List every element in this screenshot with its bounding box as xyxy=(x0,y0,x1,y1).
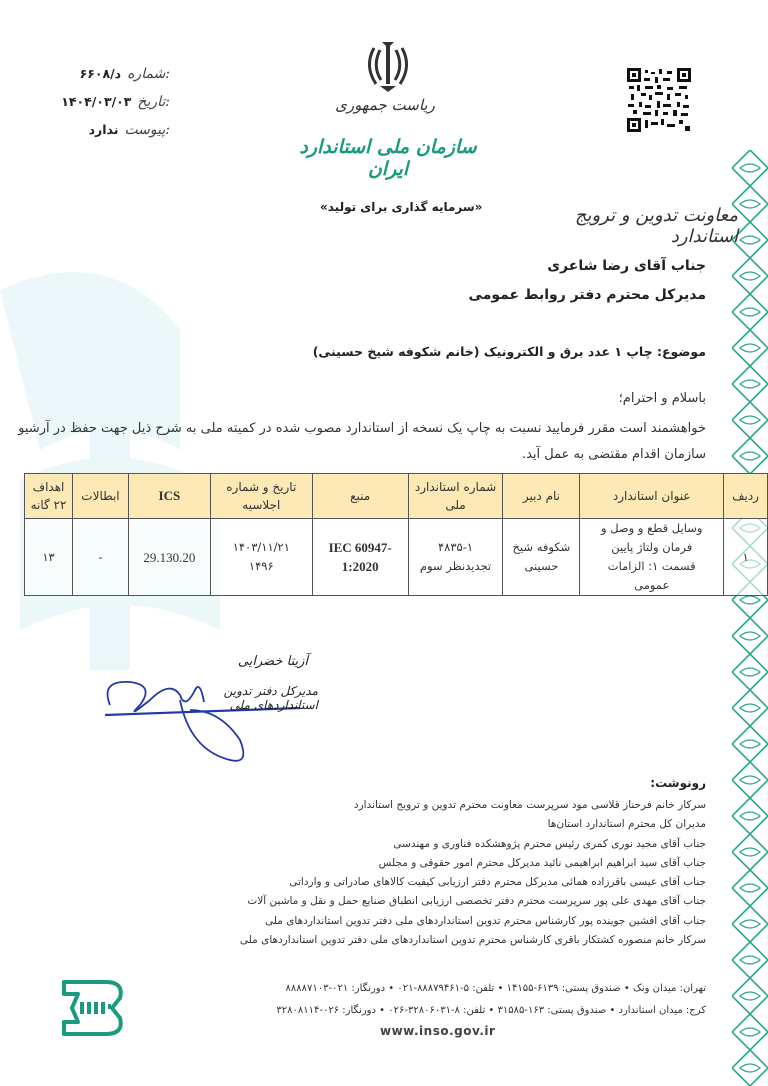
header-goals: اهداف ۲۲ گانه xyxy=(25,474,73,519)
address-tehran: تهران: میدان ونک • صندوق پستی: ۶۱۳۹-۱۴۱۵… xyxy=(226,978,706,1000)
cell-title: وسایل قطع و وصل و فرمان ولتاژ پایین قسمت… xyxy=(580,519,724,596)
header-row-no: ردیف xyxy=(724,474,768,519)
attachment-value: ندارد xyxy=(89,122,119,137)
cell-national-no: ۴۸۳۵-۱ تجدیدنظر سوم xyxy=(408,519,503,596)
deputy-title: معاونت تدوین و ترویج استاندارد xyxy=(520,205,738,247)
signature-scribble xyxy=(100,660,300,770)
cell-ics: 29.130.20 xyxy=(128,519,210,596)
cell-goals: ۱۳ xyxy=(25,519,73,596)
header-national-no: شماره استاندارد ملی xyxy=(408,474,503,519)
letter-attachment-row: پیوست: ندارد xyxy=(60,122,170,150)
greeting: باسلام و احترام؛ xyxy=(106,391,706,406)
cc-item: سرکار خانم منصوره کشتکار باقری کارشناس م… xyxy=(186,931,706,950)
date-label: تاریخ: xyxy=(137,94,170,110)
address-karaj: کرج: میدان استاندارد • صندوق پستی: ۱۶۳-۳… xyxy=(226,1000,706,1022)
attachment-label: پیوست: xyxy=(124,122,170,138)
letter-number-row: شماره: د/۶۶۰۸ xyxy=(60,66,170,94)
cell-secretary: شکوفه شیخ حسینی xyxy=(503,519,580,596)
footer-address: تهران: میدان ونک • صندوق پستی: ۶۱۳۹-۱۴۱۵… xyxy=(226,978,706,1022)
qr-code xyxy=(627,68,691,132)
number-value: د/۶۶۰۸ xyxy=(80,66,122,81)
subject-line: موضوع: چاپ ۱ عدد برق و الکترونیک (خانم ش… xyxy=(146,344,706,359)
presidency-text: ریاست جمهوری xyxy=(320,96,450,114)
organization-name: سازمان ملی استاندارد ایران xyxy=(278,136,498,180)
cc-item: جناب آقای مجید نوری کمری رئیس محترم پژوه… xyxy=(186,835,706,854)
cell-cancellations: - xyxy=(73,519,129,596)
letter-date-row: تاریخ: ۱۴۰۴/۰۳/۰۳ xyxy=(60,94,170,122)
cc-item: جناب آقای عیسی باقرزاده همائی مدیرکل محت… xyxy=(186,873,706,892)
header-source: منبع xyxy=(312,474,408,519)
iran-emblem-icon xyxy=(360,38,416,94)
letter-meta: شماره: د/۶۶۰۸ تاریخ: ۱۴۰۴/۰۳/۰۳ پیوست: ن… xyxy=(60,66,170,150)
inso-logo-icon xyxy=(58,978,128,1038)
header-session: تاریخ و شماره اجلاسیه xyxy=(210,474,312,519)
cc-item: جناب آقای افشین جوینده پور کارشناس محترم… xyxy=(186,912,706,931)
header-ics: ICS xyxy=(128,474,210,519)
cc-title: رونوشت: xyxy=(506,776,706,790)
decorative-border-pattern xyxy=(732,150,768,1086)
header-secretary: نام دبیر xyxy=(503,474,580,519)
cell-source: IEC 60947-1:2020 xyxy=(312,519,408,596)
number-label: شماره: xyxy=(127,66,170,82)
cc-item: جناب آقای سید ابراهیم ابراهیمی نائید مدی… xyxy=(186,854,706,873)
slogan: «سرمایه گذاری برای تولید» xyxy=(320,200,510,214)
cell-session: ۱۴۰۳/۱۱/۲۱ ۱۴۹۶ xyxy=(210,519,312,596)
signatory-name: آزیتا خضرایی xyxy=(218,654,308,669)
header-title: عنوان استاندارد xyxy=(580,474,724,519)
table-header-row: ردیف عنوان استاندارد نام دبیر شماره استا… xyxy=(25,474,768,519)
cc-item: جناب آقای مهدی علی پور سرپرست محترم دفتر… xyxy=(186,892,706,911)
cc-item: سرکار خانم فرحناز قلاسی مود سرپرست معاون… xyxy=(186,796,706,815)
date-value: ۱۴۰۴/۰۳/۰۳ xyxy=(61,94,131,109)
addressee-name: جناب آقای رضا شاعری xyxy=(306,258,706,274)
signatory-title: مدیرکل دفتر تدوین استانداردهای ملی xyxy=(168,684,318,712)
addressee-title: مدیرکل محترم دفتر روابط عمومی xyxy=(306,287,706,303)
website-link[interactable]: www.inso.gov.ir xyxy=(380,1024,580,1038)
body-paragraph: خواهشمند است مقرر فرمایید نسبت به چاپ یک… xyxy=(16,416,706,468)
standards-table: ردیف عنوان استاندارد نام دبیر شماره استا… xyxy=(24,473,768,596)
cell-row-no: ۱ xyxy=(724,519,768,596)
table-row: ۱ وسایل قطع و وصل و فرمان ولتاژ پایین قس… xyxy=(25,519,768,596)
cc-item: مدیران کل محترم استاندارد استان‌ها xyxy=(186,815,706,834)
cc-list: سرکار خانم فرحناز قلاسی مود سرپرست معاون… xyxy=(186,796,706,950)
header-cancellations: ابطالات xyxy=(73,474,129,519)
